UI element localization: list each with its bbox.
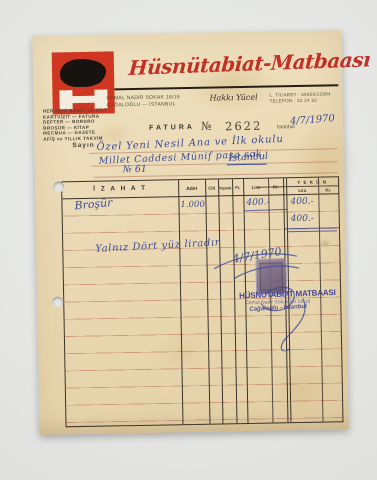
row-unit-price: 400.- (246, 198, 269, 208)
company-logo (52, 51, 115, 114)
address-line2: CAĞALOĞLU — İSTANBUL (107, 101, 176, 108)
invoice-number: 2622 (225, 119, 263, 134)
services-list: HER NEVİ BASKI VE CİLTKARTVİZİT — FATURA… (43, 108, 108, 143)
company-title: Hüsnütabiat-Matbaası (128, 48, 342, 80)
number-symbol: № (201, 120, 212, 133)
customer-city: İstanbul (228, 151, 268, 164)
header-rule-line (114, 84, 338, 90)
column-header-yekun-kr: Kr. (318, 187, 338, 192)
trade-registry: L. TİCARET : 69659/22984TELEFON : 22 24 … (269, 91, 331, 104)
invoice-paper: Hüsnütabiat-Matbaası CEMAL NADİR SOKAK 1… (32, 30, 348, 435)
row-total: 400.- (290, 197, 313, 207)
column-header-adet: Adet (178, 186, 205, 192)
fatura-label: FATURA (149, 124, 195, 132)
column-header-fi: Fi. (232, 185, 243, 190)
grand-total: 400.- (291, 214, 314, 224)
h-dumbbell-icon (59, 95, 107, 103)
service-item: AFİŞ ve YILLIK TAKVİM (43, 136, 103, 142)
column-header-yekun: Y E K Û N (286, 179, 338, 185)
sayin-label: Sayın (72, 142, 94, 149)
registry-line1: L. TİCARET : 69659/22984 (269, 91, 330, 97)
turkey-map-icon (90, 72, 103, 84)
punch-hole (52, 296, 63, 307)
tax-stamp-inner (260, 262, 284, 290)
owner-name: Hakkı Yücel (209, 93, 257, 103)
customer-address-number: № 61 (123, 164, 147, 175)
row-quantity: 1.000 (180, 200, 205, 210)
column-header-cilt: Cilt (205, 185, 218, 190)
registry-line2: TELEFON : 22 24 92 (270, 98, 318, 104)
column-header-izahat: İ Z A H A T (62, 184, 178, 193)
column-header-yekun-lira: Lira (286, 187, 318, 193)
customer-city-underline (227, 164, 267, 166)
company-address: CEMAL NADİR SOKAK 16/18CAĞALOĞLU — İSTAN… (106, 94, 180, 108)
invoice-date-handwritten: 4/7/1970 (290, 113, 336, 127)
column-header-kr: Kr. (268, 184, 283, 189)
column-header-yaprak: Yaprak (218, 185, 232, 190)
column-header-lira: Lira (243, 185, 268, 190)
photo-background: Hüsnütabiat-Matbaası CEMAL NADİR SOKAK 1… (0, 0, 377, 480)
